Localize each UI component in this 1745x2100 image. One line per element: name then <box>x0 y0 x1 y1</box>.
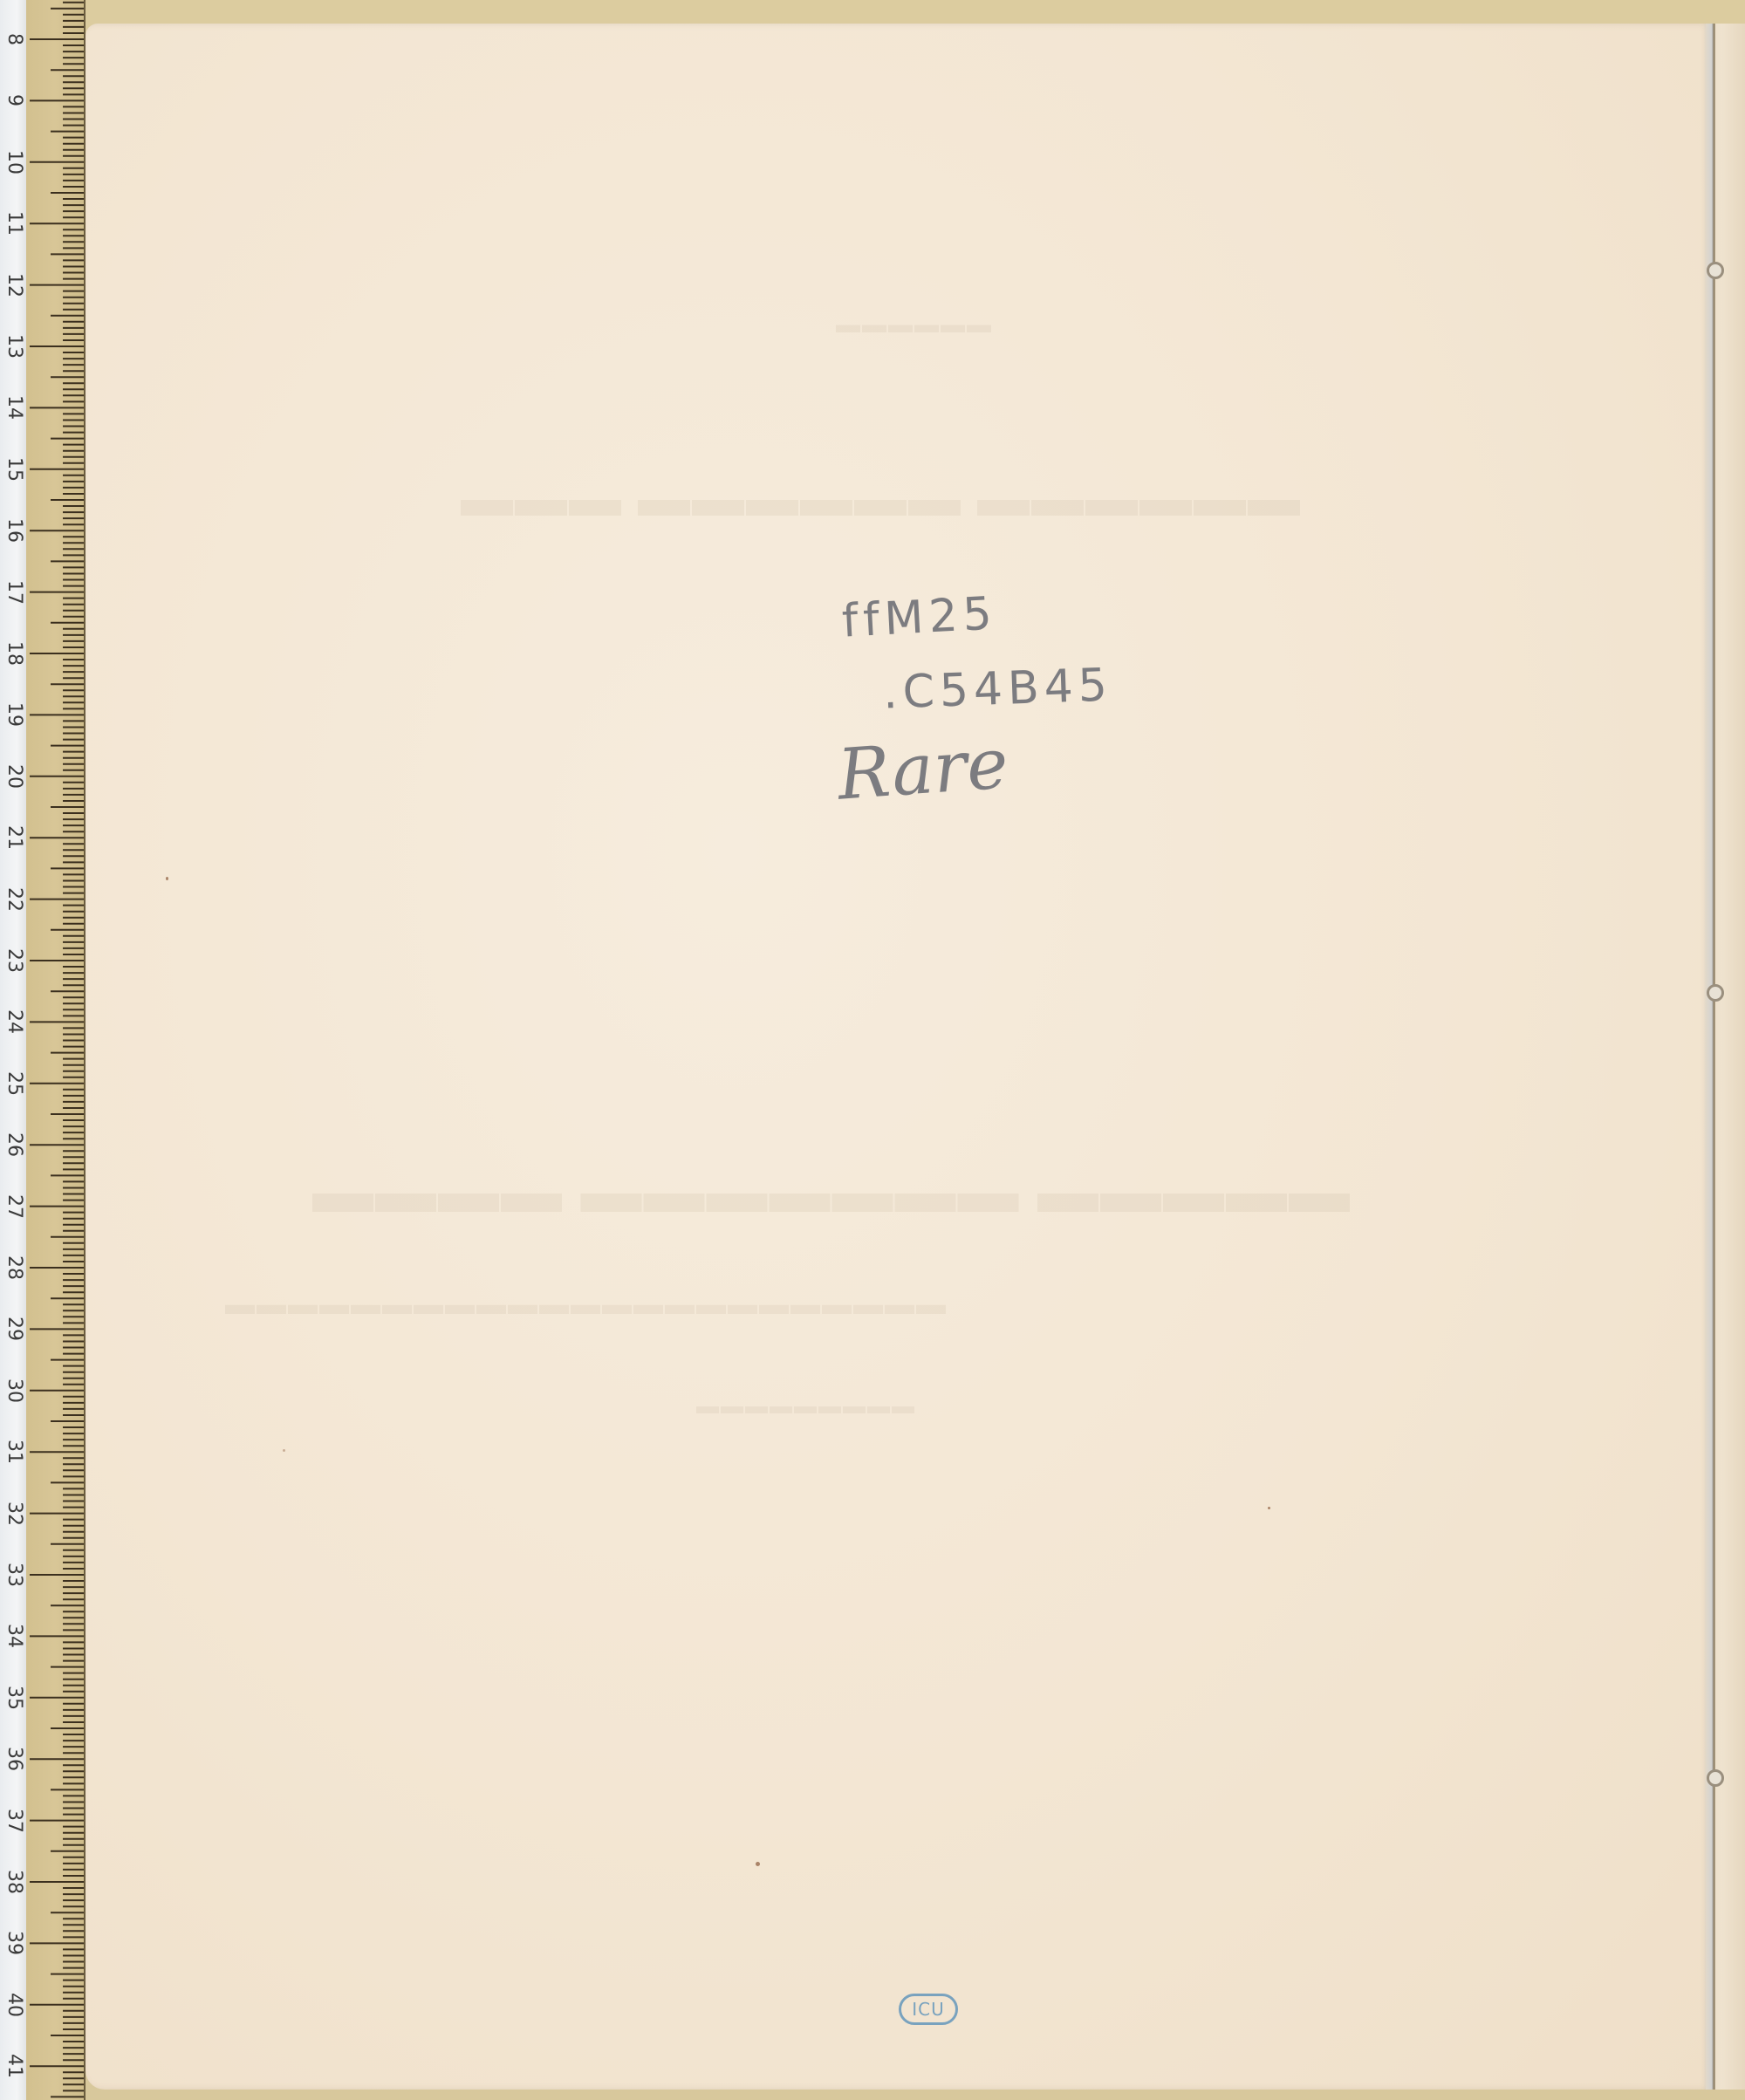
paper-speck <box>166 877 168 880</box>
binding-thread <box>1707 1769 1724 1787</box>
paper-speck <box>756 1862 760 1866</box>
ruler-label: 30 <box>2 1378 26 1403</box>
ruler-label: 9 <box>2 88 26 113</box>
ruler-label: 33 <box>2 1563 26 1587</box>
bleed-through-text: ▬▬▬▬▬▬▬▬▬ <box>696 1393 916 1419</box>
ruler-label: 28 <box>2 1255 26 1280</box>
ruler-label: 27 <box>2 1194 26 1219</box>
ruler-label: 25 <box>2 1071 26 1096</box>
bleed-through-text: ▬▬▬ ▬▬▬▬▬▬ ▬▬▬▬▬▬ <box>461 469 1302 529</box>
call-number-line-1: ffM25 <box>841 587 999 647</box>
bleed-through-text: ▬▬▬▬▬▬ <box>836 311 993 339</box>
ruler-label: 34 <box>2 1624 26 1648</box>
binding-thread <box>1707 984 1724 1002</box>
ruler-label: 11 <box>2 211 26 236</box>
ruler-label: 14 <box>2 395 26 420</box>
ruler-label: 26 <box>2 1132 26 1157</box>
ruler-label: 24 <box>2 1009 26 1034</box>
ruler-label: 20 <box>2 764 26 789</box>
ruler-label: 35 <box>2 1686 26 1710</box>
bleed-through-text: ▬▬▬▬▬▬▬▬▬▬▬▬▬▬▬▬▬▬▬▬▬▬▬ <box>225 1289 948 1322</box>
binding-thread <box>1707 262 1724 279</box>
ruler-label: 41 <box>2 2054 26 2078</box>
paper-speck <box>283 1449 285 1452</box>
ruler-label: 15 <box>2 457 26 482</box>
ruler-label: 13 <box>2 334 26 359</box>
ruler-label: 23 <box>2 948 26 973</box>
ruler-label: 22 <box>2 887 26 912</box>
ruler-label: 21 <box>2 825 26 850</box>
call-number-line-2: .C54B45 <box>882 659 1113 719</box>
ruler-label: 17 <box>2 580 26 605</box>
ruler-label: 36 <box>2 1747 26 1771</box>
ruler-label: 40 <box>2 1993 26 2017</box>
ruler-label: 31 <box>2 1440 26 1464</box>
icu-library-stamp: ICU <box>899 1994 958 2025</box>
measuring-ruler <box>26 0 86 2100</box>
ruler-label: 16 <box>2 518 26 543</box>
ruler-label: 32 <box>2 1501 26 1526</box>
ruler-labels: 8910111213141516171819202122232425262728… <box>0 0 28 2100</box>
ruler-ticks <box>26 0 84 2100</box>
ruler-label: 10 <box>2 150 26 174</box>
ruler-label: 18 <box>2 641 26 666</box>
paper-speck <box>1268 1507 1270 1509</box>
bleed-through-text: ▬▬▬▬ ▬▬▬▬▬▬▬ ▬▬▬▬▬ <box>312 1158 1352 1228</box>
rare-mark: Rare <box>835 722 1010 815</box>
ruler-label: 8 <box>2 27 26 51</box>
ruler-label: 12 <box>2 273 26 298</box>
ruler-label: 29 <box>2 1317 26 1341</box>
ruler-label: 37 <box>2 1809 26 1833</box>
document-page: ▬▬▬▬▬▬ ▬▬▬ ▬▬▬▬▬▬ ▬▬▬▬▬▬ ▬▬▬▬ ▬▬▬▬▬▬▬ ▬▬… <box>86 24 1710 2090</box>
ruler-label: 39 <box>2 1931 26 1955</box>
ruler-label: 38 <box>2 1870 26 1894</box>
ruler-label: 19 <box>2 702 26 727</box>
